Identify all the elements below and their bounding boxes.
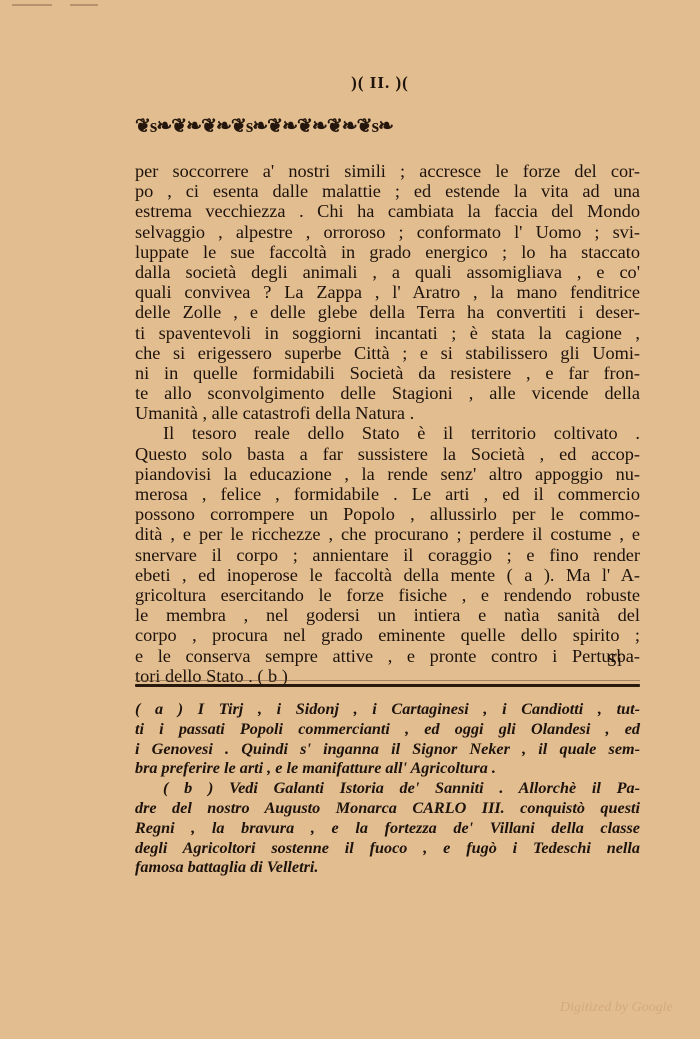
text-line: merosa , felice , formidabile . Le arti … [135,484,640,504]
text-line: tori dello Stato . ( b ) [135,666,640,686]
footnote-b-line: ( b ) Vedi Galanti Istoria de' Sanniti .… [135,779,640,799]
text-line: selvaggio , alpestre , orroroso ; confor… [135,222,640,242]
text-line: le membra , nel godersi un intiera e nat… [135,605,640,625]
scan-artifact [70,4,98,6]
text-line: snervare il corpo ; annientare il coragg… [135,545,640,565]
text-line: ti spaventevoli in soggiorni incantati ;… [135,323,640,343]
footnote-divider [135,684,640,687]
footnotes: ( a ) I Tirj , i Sidonj , i Cartaginesi … [135,700,640,878]
footnote-b-line: dre del nostro Augusto Monarca CARLO III… [135,799,640,819]
footnote-a-line: ( a ) I Tirj , i Sidonj , i Cartaginesi … [135,700,640,720]
text-line: piandovisi la educazione , la rende senz… [135,464,640,484]
text-line: che si erigessero superbe Città ; e si s… [135,343,640,363]
text-line: delle Zolle , e delle glebe della Terra … [135,302,640,322]
text-line: Questo solo basta a far sussistere la So… [135,444,640,464]
digitization-watermark: Digitized by Google [560,1000,673,1016]
footnote-b-line: degli Agricoltori sostenne il fuoco , e … [135,839,640,859]
footnote-b-line: famosa battaglia di Velletri. [135,858,640,878]
book-page: )( II. )( ❦s❧❦❧❦❧❦s❧❦❧❦❧❦❧❦s❧ per soccor… [0,0,700,1039]
text-line: po , ci esenta dalle malattie ; ed esten… [135,181,640,201]
paragraph-start-line: Il tesoro reale dello Stato è il territo… [135,423,640,443]
text-line: ni in quelle formidabili Società da resi… [135,363,640,383]
scan-artifact [12,4,52,6]
text-line: luppate le sue faccoltà in grado energic… [135,242,640,262]
footnote-b-line: Regni , la bravura , e la fortezza de' V… [135,819,640,839]
text-line: ebeti , ed inoperose le faccoltà della m… [135,565,640,585]
body-text: per soccorrere a' nostri simili ; accres… [135,161,640,686]
footnote-a-line: i Genovesi . Quindi s' inganna il Signor… [135,740,640,760]
text-line: corpo , procura nel grado eminente quell… [135,625,640,645]
text-line: e le conserva sempre attive , e pronte c… [135,646,640,666]
decorative-ornament-border: ❦s❧❦❧❦❧❦s❧❦❧❦❧❦❧❦s❧ [135,112,635,142]
text-line: quali conviveа ? La Zappa , l' Aratro , … [135,282,640,302]
text-line: te allo sconvolgimento delle Stagioni , … [135,383,640,403]
text-line: per soccorrere a' nostri simili ; accres… [135,161,640,181]
text-line: possono corrompere un Popolo , allussirl… [135,504,640,524]
catchword: Si [607,650,622,671]
text-line: Umanità , alle catastrofi della Natura . [135,403,640,423]
footnote-divider-thin [135,680,640,681]
text-line: gricoltura esercitando le forze fisiche … [135,585,640,605]
text-line: dità , e per le ricchezze , che procuran… [135,524,640,544]
text-line: estrema vecchiezza . Chi ha cambiata la … [135,201,640,221]
page-number: )( II. )( [0,73,700,93]
text-line: dalla società degli animali , a quali as… [135,262,640,282]
footnote-a-line: bra preferire le arti , e le manifatture… [135,759,640,779]
footnote-a-line: ti i passati Popoli commercianti , ed og… [135,720,640,740]
